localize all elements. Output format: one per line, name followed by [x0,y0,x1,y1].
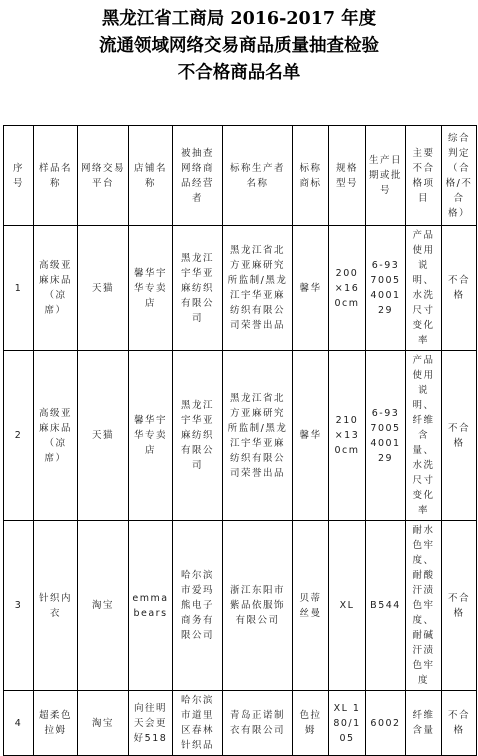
table-cell: 210×130cm [329,351,366,521]
noncompliant-products-table: 序号样品名称网络交易平台店铺名称被抽查网络商品经营者标称生产者名称标称商标规格型… [3,125,477,756]
column-header: 规格型号 [329,126,366,226]
title-line-1: 黑龙江省工商局 2016-2017 年度 [0,6,478,33]
column-header: 网络交易平台 [78,126,129,226]
table-cell: 贝蒂丝曼 [293,521,329,691]
table-cell: XL [329,521,366,691]
table-cell: 浙江东阳市紫品依服饰有限公司 [223,521,293,691]
table-cell: 向往明天会更好518 [129,691,173,756]
table-cell: 黑龙江省北方亚麻研究所监制/黑龙江宇华亚麻纺织有限公司荣誉出品 [223,226,293,351]
table-cell: 天猫 [78,351,129,521]
column-header: 店铺名称 [129,126,173,226]
title-line-3: 不合格商品名单 [0,60,478,87]
table-cell: 不合格 [442,521,477,691]
column-header: 序号 [4,126,34,226]
table-row: 1高级亚麻床品（凉席）天猫馨华宇华专卖店黑龙江宇华亚麻纺织有限公司黑龙江省北方亚… [4,226,477,351]
table-row: 2高级亚麻床品（凉席）天猫馨华宇华专卖店黑龙江宇华亚麻纺织有限公司黑龙江省北方亚… [4,351,477,521]
table-cell: 馨华 [293,351,329,521]
table-cell: 2 [4,351,34,521]
table-cell: 不合格 [442,351,477,521]
table-cell: 耐水色牢度、耐酸汗渍色牢度、耐碱汗渍色牢度 [406,521,442,691]
table-cell: 纤维含量 [406,691,442,756]
column-header: 样品名称 [34,126,78,226]
table-cell: 馨华宇华专卖店 [129,351,173,521]
table-cell: B544 [366,521,406,691]
table-cell: 高级亚麻床品（凉席） [34,351,78,521]
table-cell: 高级亚麻床品（凉席） [34,226,78,351]
table-cell: 不合格 [442,691,477,756]
table-cell: 馨华 [293,226,329,351]
table-row: 3针织内衣淘宝emmabears哈尔滨市爱玛熊电子商务有限公司浙江东阳市紫品依服… [4,521,477,691]
column-header: 生产日期或批号 [366,126,406,226]
table-cell: 6-937005400129 [366,351,406,521]
column-header: 主要不合格项目 [406,126,442,226]
table-header-row: 序号样品名称网络交易平台店铺名称被抽查网络商品经营者标称生产者名称标称商标规格型… [4,126,477,226]
table-cell: 淘宝 [78,691,129,756]
title-line-2: 流通领域网络交易商品质量抽查检验 [0,33,478,60]
column-header: 综合判定（合格/不合格） [442,126,477,226]
table-cell: 黑龙江省北方亚麻研究所监制/黑龙江宇华亚麻纺织有限公司荣誉出品 [223,351,293,521]
table-cell: 黑龙江宇华亚麻纺织有限公司 [173,226,223,351]
column-header: 被抽查网络商品经营者 [173,126,223,226]
table-cell: 产品使用说明、水洗尺寸变化率 [406,226,442,351]
table-cell: 6-937005400129 [366,226,406,351]
table-row: 4超柔色拉姆淘宝向往明天会更好518哈尔滨市道里区春林针织品青岛正诺制衣有限公司… [4,691,477,756]
table-cell: 1 [4,226,34,351]
table-cell: 天猫 [78,226,129,351]
table-cell: 产品使用说明、纤维含量、水洗尺寸变化率 [406,351,442,521]
table-cell: 淘宝 [78,521,129,691]
document-page: 黑龙江省工商局 2016-2017 年度 流通领域网络交易商品质量抽查检验 不合… [0,0,478,756]
table-cell: 哈尔滨市道里区春林针织品 [173,691,223,756]
table-cell: 黑龙江宇华亚麻纺织有限公司 [173,351,223,521]
table-cell: 6002 [366,691,406,756]
table-cell: 青岛正诺制衣有限公司 [223,691,293,756]
column-header: 标称商标 [293,126,329,226]
table-cell: 200×160cm [329,226,366,351]
column-header: 标称生产者名称 [223,126,293,226]
table-cell: 色拉姆 [293,691,329,756]
table-cell: XL 180/105 [329,691,366,756]
document-title: 黑龙江省工商局 2016-2017 年度 流通领域网络交易商品质量抽查检验 不合… [0,6,478,87]
table-cell: 超柔色拉姆 [34,691,78,756]
table-cell: emmabears [129,521,173,691]
table-cell: 针织内衣 [34,521,78,691]
table-cell: 3 [4,521,34,691]
table-cell: 哈尔滨市爱玛熊电子商务有限公司 [173,521,223,691]
table-cell: 不合格 [442,226,477,351]
table-cell: 4 [4,691,34,756]
table-cell: 馨华宇华专卖店 [129,226,173,351]
